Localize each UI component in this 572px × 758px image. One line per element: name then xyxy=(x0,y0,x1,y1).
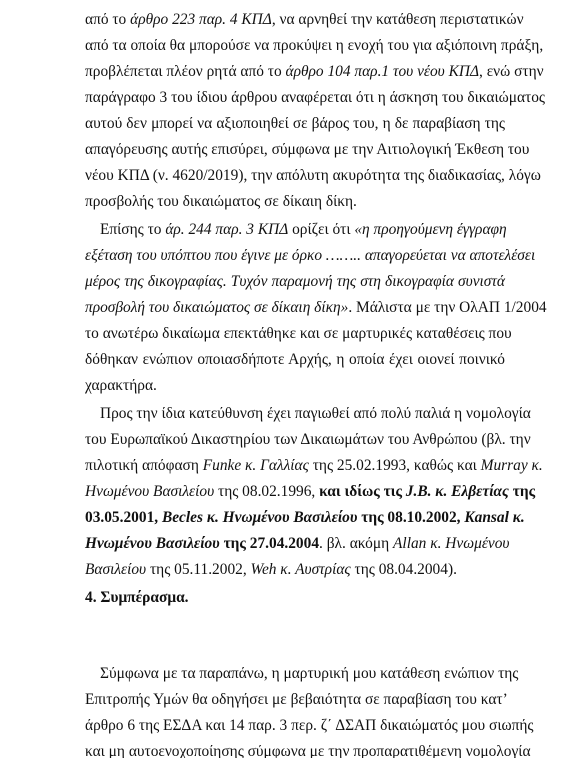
text-run: του Ευρωπαϊκού Δικαστηρίου των Δικαιωμάτ… xyxy=(85,431,531,448)
text-line: από τα οποία θα μπορούσε να προκύψει η ε… xyxy=(85,36,505,56)
text-run: της 05.11.2002, xyxy=(146,561,250,578)
text-run: Allan κ. Ηνωμένου xyxy=(393,535,509,552)
text-run: της 25.02.1993, καθώς και xyxy=(309,457,481,474)
text-line: εξέταση του υπόπτου που έγινε με όρκο ……… xyxy=(85,246,505,266)
text-run: της 27.04.2004 xyxy=(220,535,319,552)
text-run: προβλέπεται πλέον ρητά από το xyxy=(85,63,286,80)
text-line: από το άρθρο 223 παρ. 4 ΚΠΔ, να αρνηθεί … xyxy=(85,10,505,30)
text-line: άρθρο 6 της ΕΣΔΑ και 14 παρ. 3 περ. ζ΄ Δ… xyxy=(85,716,505,736)
text-run: της 08.10.2002, xyxy=(357,509,464,526)
text-line: δόθηκαν ενώπιον οποιασδήποτε Αρχής, η οπ… xyxy=(85,350,505,370)
document-page: από το άρθρο 223 παρ. 4 ΚΠΔ, να αρνηθεί … xyxy=(0,0,572,758)
text-run: ορίζει ότι xyxy=(288,221,354,238)
text-run: 03.05.2001, xyxy=(85,509,162,526)
text-line: πιλοτική απόφαση Funke κ. Γαλλίας της 25… xyxy=(85,456,505,476)
text-run: Funke κ. Γαλλίας xyxy=(203,457,309,474)
text-line: το ανωτέρω δικαίωμα επεκτάθηκε και σε μα… xyxy=(85,324,505,344)
text-run: , ενώ στην xyxy=(479,63,544,80)
text-line: και μη αυτοενοχοποίησης σύμφωνα με την π… xyxy=(85,742,505,758)
section-heading-conclusion: 4. Συμπέρασμα. xyxy=(85,588,189,608)
text-run: και μη αυτοενοχοποίησης σύμφωνα με την π… xyxy=(85,743,531,758)
text-run: άρθρο 6 της ΕΣΔΑ και 14 παρ. 3 περ. ζ΄ Δ… xyxy=(85,717,534,734)
text-line: παράγραφο 3 του ίδιου άρθρου αναφέρεται … xyxy=(85,88,505,108)
text-line: Προς την ίδια κατεύθυνση έχει παγιωθεί α… xyxy=(100,404,505,424)
text-run: άρ. 244 παρ. 3 ΚΠΔ xyxy=(165,221,288,238)
text-run: άρθρο 104 παρ.1 του νέου ΚΠΔ xyxy=(286,63,480,80)
text-run: δόθηκαν ενώπιον οποιασδήποτε Αρχής, η οπ… xyxy=(85,351,505,368)
text-line: προσβολής του δικαιώματος σε δίκαιη δίκη… xyxy=(85,192,505,212)
text-run: «η προηγούμενη έγγραφη xyxy=(354,221,506,238)
text-line: Επιτροπής Υμών θα οδηγήσει με βεβαιότητα… xyxy=(85,690,505,710)
text-run: Προς την ίδια κατεύθυνση έχει παγιωθεί α… xyxy=(100,405,531,422)
text-run: προσβολή του δικαιώματος σε δίκαιη δίκη» xyxy=(85,299,348,316)
text-line: προβλέπεται πλέον ρητά από το άρθρο 104 … xyxy=(85,62,505,82)
text-line: προσβολή του δικαιώματος σε δίκαιη δίκη»… xyxy=(85,298,505,318)
text-line: Βασιλείου της 05.11.2002, Weh κ. Αυστρία… xyxy=(85,560,505,580)
text-run: της 08.02.1996, xyxy=(214,483,319,500)
text-line: μέρος της δικογραφίας. Τυχόν παραμονή τη… xyxy=(85,272,505,292)
text-run: Βασιλείου xyxy=(85,561,146,578)
text-run: μέρος της δικογραφίας. Τυχόν παραμονή τη… xyxy=(85,273,505,290)
text-line: 03.05.2001, Becles κ. Ηνωμένου Βασιλείου… xyxy=(85,508,505,528)
text-run: Kansal κ. xyxy=(464,509,524,526)
text-run: και ιδίως τις xyxy=(319,483,406,500)
text-line: του Ευρωπαϊκού Δικαστηρίου των Δικαιωμάτ… xyxy=(85,430,505,450)
text-line: απαγόρευσης αυτής επισύρει, σύμφωνα με τ… xyxy=(85,140,505,160)
text-run: , να αρνηθεί την κατάθεση περιστατικών xyxy=(272,11,524,28)
text-line: Ηνωμένου Βασιλείου της 08.02.1996, και ι… xyxy=(85,482,505,502)
text-run: νέου ΚΠΔ (ν. 4620/2019), την απόλυτη ακυ… xyxy=(85,167,541,184)
text-run: Weh κ. Αυστρίας xyxy=(251,561,351,578)
text-run: χαρακτήρα. xyxy=(85,377,157,394)
text-run: Επίσης το xyxy=(100,221,165,238)
text-run: πιλοτική απόφαση xyxy=(85,457,203,474)
text-run: εξέταση του υπόπτου που έγινε με όρκο ……… xyxy=(85,247,535,264)
text-run: . βλ. ακόμη xyxy=(319,535,393,552)
text-run: αυτού δεν μπορεί να αξιοποιηθεί σε βάρος… xyxy=(85,115,505,132)
text-run: παράγραφο 3 του ίδιου άρθρου αναφέρεται … xyxy=(85,89,545,106)
text-line: χαρακτήρα. xyxy=(85,376,505,396)
text-run: άρθρο 223 παρ. 4 ΚΠΔ xyxy=(130,11,272,28)
text-run: της xyxy=(509,483,535,500)
text-run: προσβολής του δικαιώματος σε δίκαιη δίκη… xyxy=(85,193,357,210)
text-line: αυτού δεν μπορεί να αξιοποιηθεί σε βάρος… xyxy=(85,114,505,134)
text-line: νέου ΚΠΔ (ν. 4620/2019), την απόλυτη ακυ… xyxy=(85,166,505,186)
text-run: Σύμφωνα με τα παραπάνω, η μαρτυρική μου … xyxy=(100,665,518,682)
text-run: Murray κ. xyxy=(481,457,543,474)
text-run: J.B. κ. Ελβετίας xyxy=(406,483,509,500)
text-run: από το xyxy=(85,11,130,28)
text-line: Ηνωμένου Βασιλείου της 27.04.2004. βλ. α… xyxy=(85,534,505,554)
text-run: απαγόρευσης αυτής επισύρει, σύμφωνα με τ… xyxy=(85,141,529,158)
text-line: Επίσης το άρ. 244 παρ. 3 ΚΠΔ ορίζει ότι … xyxy=(100,220,505,240)
text-run: Ηνωμένου Βασιλείου xyxy=(85,483,214,500)
text-line: Σύμφωνα με τα παραπάνω, η μαρτυρική μου … xyxy=(100,664,505,684)
text-run: Επιτροπής Υμών θα οδηγήσει με βεβαιότητα… xyxy=(85,691,508,708)
text-run: της 08.04.2004). xyxy=(351,561,457,578)
text-run: Ηνωμένου Βασιλείου xyxy=(85,535,220,552)
text-run: το ανωτέρω δικαίωμα επεκτάθηκε και σε μα… xyxy=(85,325,512,342)
text-run: . Μάλιστα με την ΟλΑΠ 1/2004 xyxy=(348,299,546,316)
text-run: από τα οποία θα μπορούσε να προκύψει η ε… xyxy=(85,37,543,54)
text-run: Becles κ. Ηνωμένου Βασιλείου xyxy=(162,509,357,526)
